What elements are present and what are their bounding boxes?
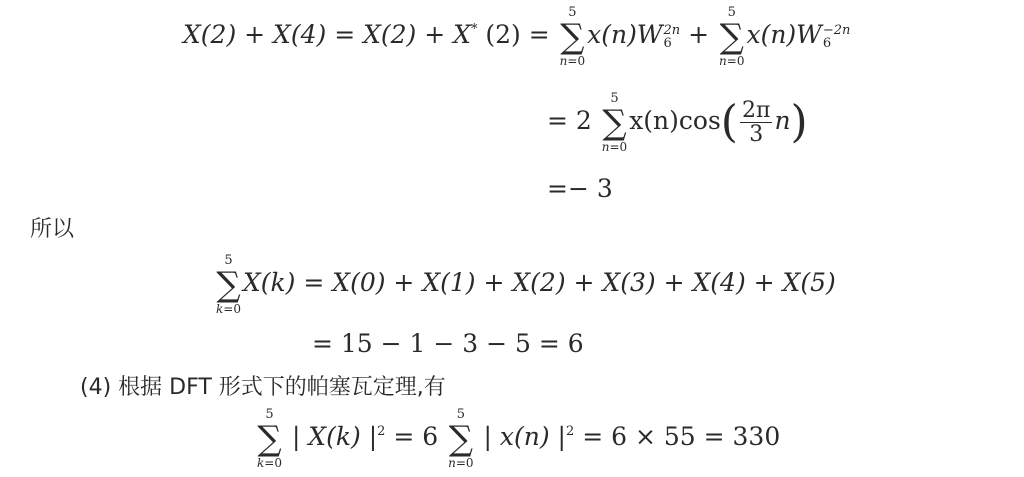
eq2-term: x(n)cos	[629, 106, 721, 135]
eq1-term2: x(n)W	[746, 20, 821, 49]
summation-k-0-5: 5 ∑ k=0	[257, 408, 282, 469]
eq2-prefix: = 2	[547, 106, 592, 135]
sigma-icon: ∑	[602, 106, 627, 140]
fraction-2pi-over-3: 2π3	[740, 99, 772, 146]
so-label: 所以	[30, 212, 74, 243]
plus-sign: +	[688, 20, 709, 49]
equation-sum-Xk: 5 ∑ k=0 X(k) = X(0) + X(1) + X(2) + X(3)…	[214, 254, 836, 315]
sigma-icon: ∑	[257, 422, 282, 456]
equation-cos-sum: = 2 5 ∑ n=0 x(n)cos(2π3n)	[547, 92, 808, 153]
eq6-result: = 6 × 55 = 330	[582, 422, 780, 451]
sigma-icon: ∑	[560, 20, 585, 54]
summation-n-0-5: 5 ∑ n=0	[448, 408, 473, 469]
eq1-term1: x(n)W	[587, 20, 662, 49]
summation-n-0-5: 5 ∑ n=0	[602, 92, 627, 153]
sigma-icon: ∑	[719, 20, 744, 54]
eq6-eq: = 6	[393, 422, 438, 451]
sigma-icon: ∑	[448, 422, 473, 456]
equation-x2-plus-x4: X(2) + X(4) = X(2) + X* (2) = 5 ∑ n=0 x(…	[183, 6, 850, 67]
eq1-mid: (2) =	[477, 20, 549, 49]
eq1-lhs: X(2) + X(4) = X(2) + X	[183, 20, 471, 49]
summation-n-0-5: 5 ∑ n=0	[560, 6, 585, 67]
item-4-label: (4)	[80, 375, 111, 400]
equation-parseval: 5 ∑ k=0 | X(k) |2 = 6 5 ∑ n=0 | x(n) |2 …	[255, 408, 780, 469]
sigma-icon: ∑	[216, 268, 241, 302]
item-4-parseval: (4) 根据 DFT 形式下的帕塞瓦定理,有	[80, 370, 446, 401]
summation-k-0-5: 5 ∑ k=0	[216, 254, 241, 315]
summation-n-0-5: 5 ∑ n=0	[719, 6, 744, 67]
item-4-text: 根据 DFT 形式下的帕塞瓦定理,有	[118, 375, 446, 400]
equation-result-minus-3: =− 3	[547, 176, 613, 201]
eq4-text: X(k) = X(0) + X(1) + X(2) + X(3) + X(4) …	[243, 268, 836, 297]
equation-sum-result: = 15 − 1 − 3 − 5 = 6	[312, 331, 584, 356]
eq6-part2: | x(n) |	[484, 422, 566, 451]
eq6-part1: | X(k) |	[292, 422, 377, 451]
